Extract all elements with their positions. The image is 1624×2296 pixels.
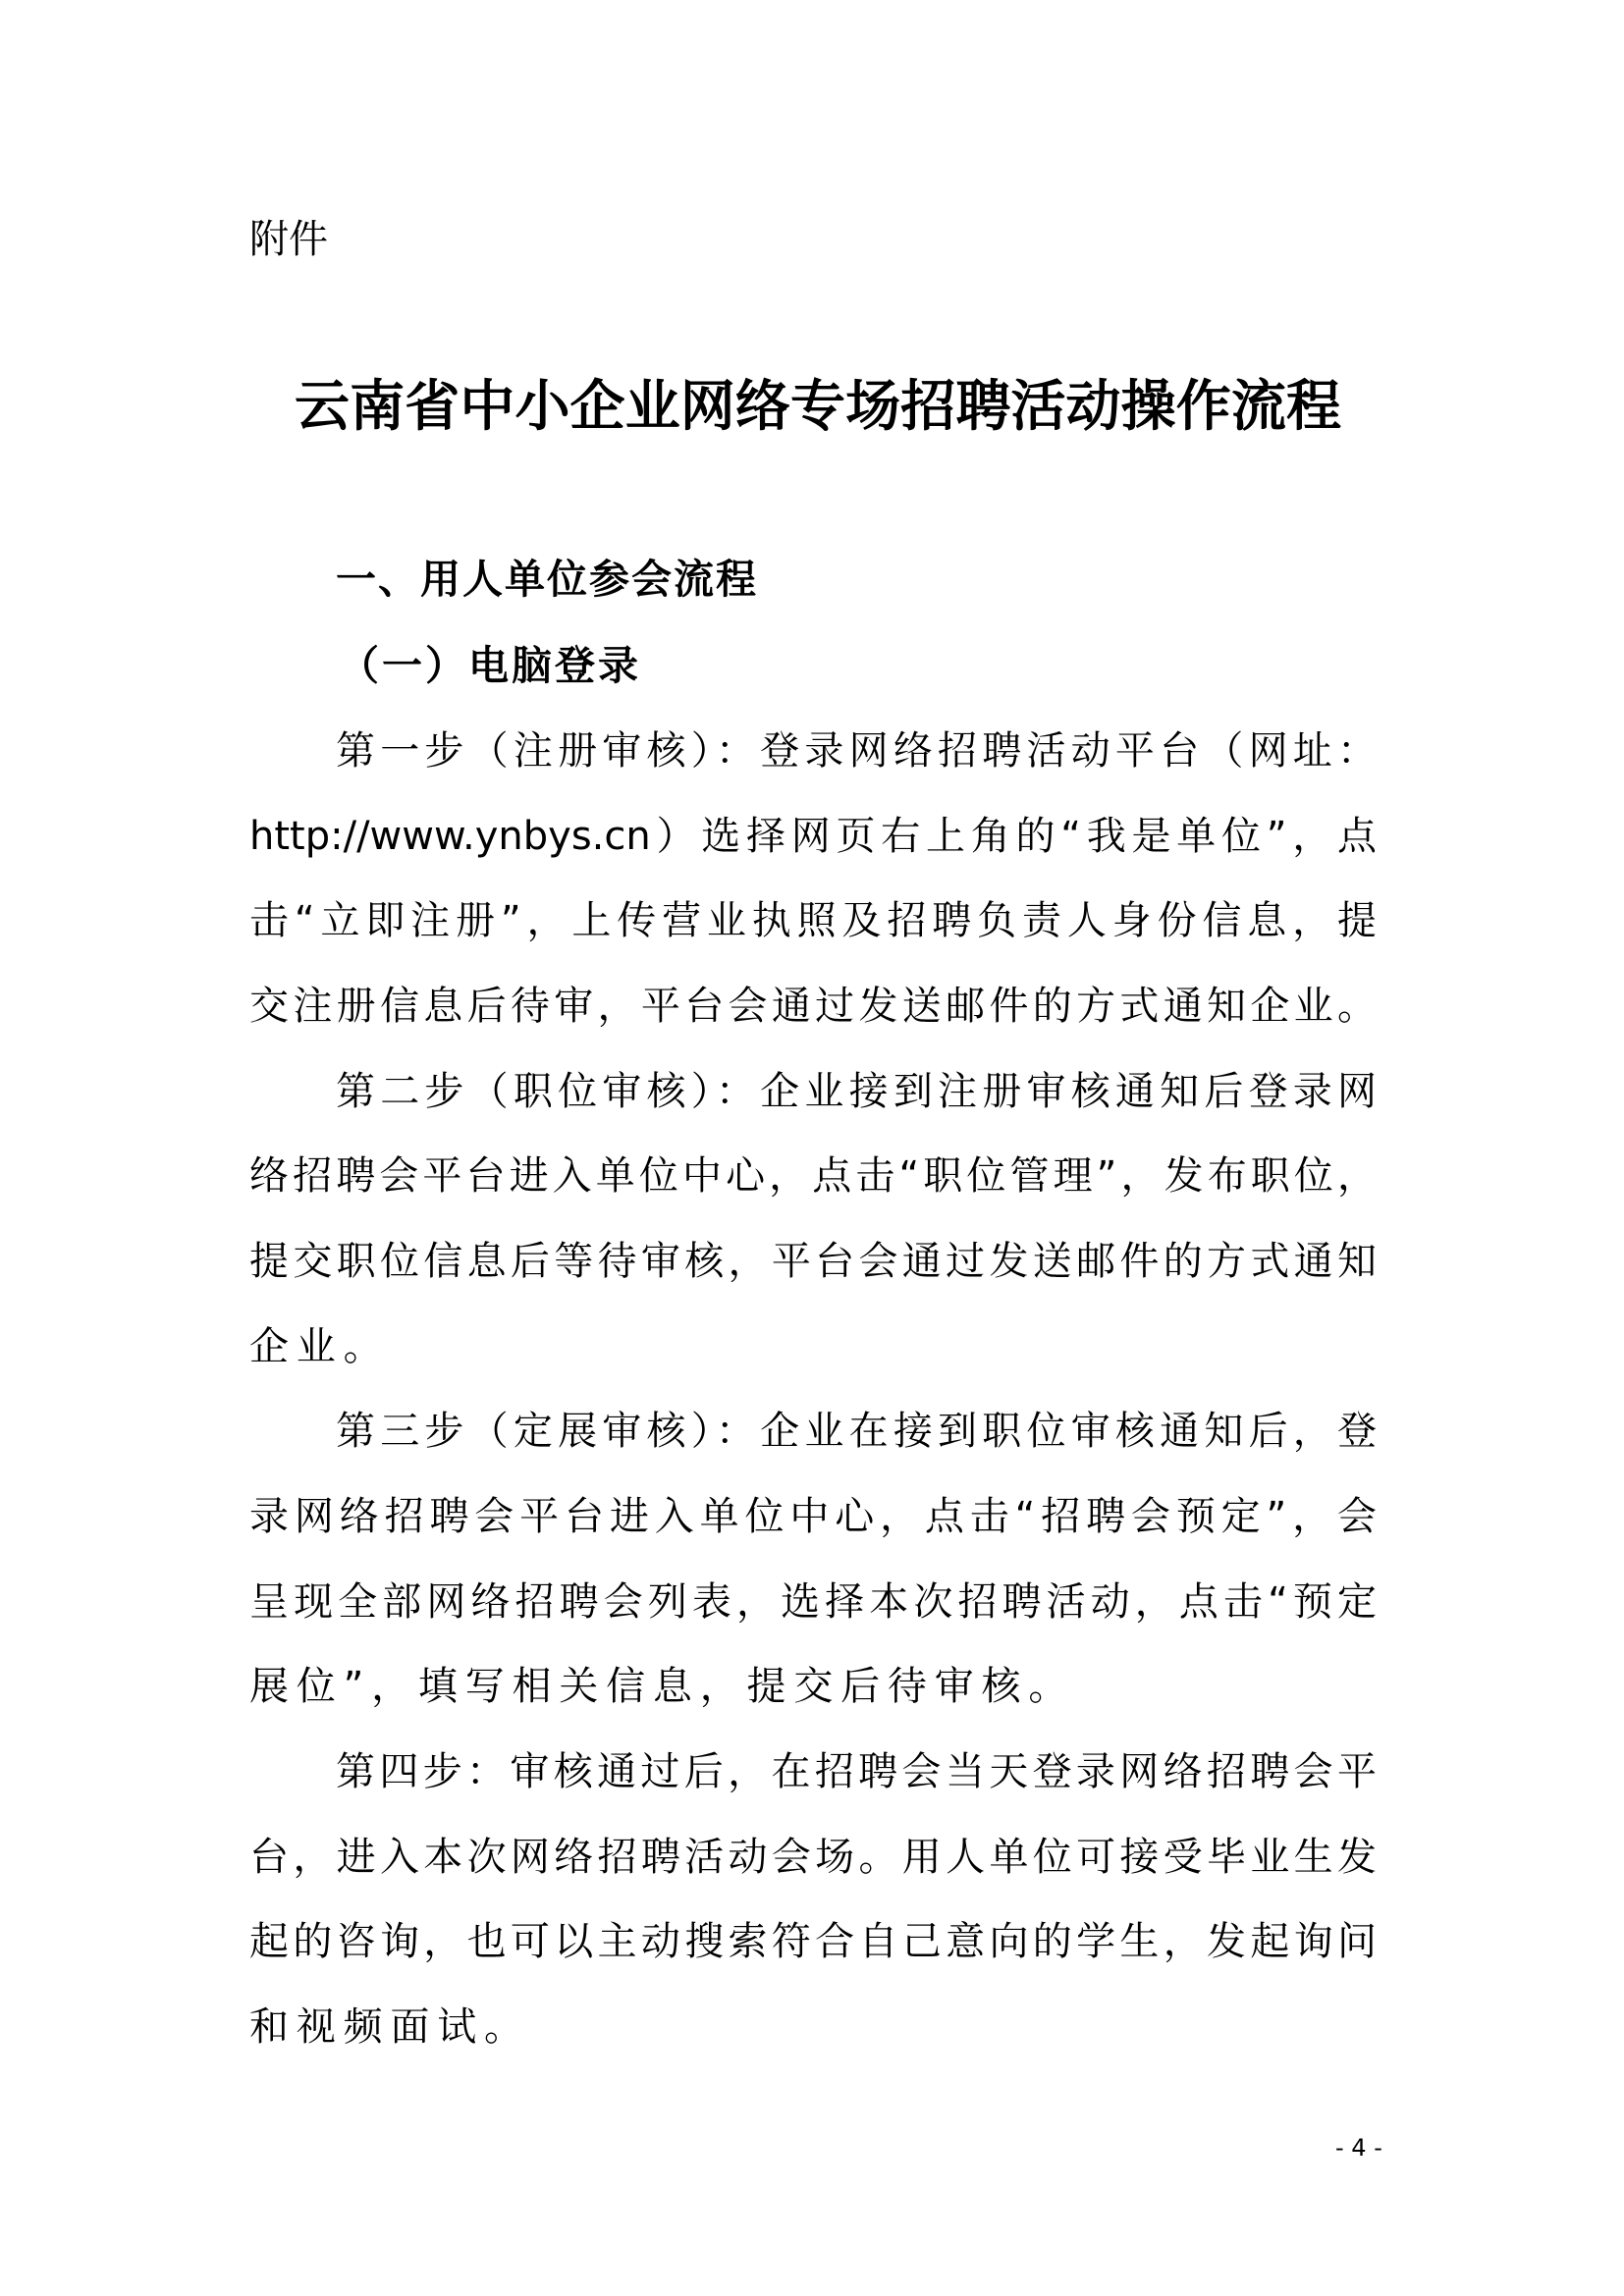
paragraph-line: 和视频面试。 [249,2002,1377,2052]
attachment-label: 附件 [249,216,328,263]
paragraph-line: 录网络招聘会平台进入单位中心，点击“招聘会预定”，会 [249,1492,1377,1541]
document-page: 附件 云南省中小企业网络专场招聘活动操作流程 一、用人单位参会流程 （一）电脑登… [0,0,1624,2296]
paragraph-line: http://www.ynbys.cn）选择网页右上角的“我是单位”，点 [249,812,1377,861]
paragraph-line: 提交职位信息后等待审核，平台会通过发送邮件的方式通知 [249,1237,1377,1286]
paragraph-line: 展位”，填写相关信息，提交后待审核。 [249,1662,1377,1711]
document-title: 云南省中小企业网络专场招聘活动操作流程 [295,375,1341,438]
paragraph-line: 络招聘会平台进入单位中心，点击“职位管理”，发布职位， [249,1151,1377,1201]
paragraph-line: 击“立即注册”，上传营业执照及招聘负责人身份信息，提 [249,896,1377,945]
paragraph-line: 第一步（注册审核）：登录网络招聘活动平台（网址： [336,726,1377,775]
paragraph-line: 起的咨询，也可以主动搜索符合自己意向的学生，发起询问 [249,1917,1377,1966]
section-heading: 一、用人单位参会流程 [336,556,758,603]
subsection-heading: （一）电脑登录 [339,642,641,689]
paragraph-line: 第三步（定展审核）：企业在接到职位审核通知后，登 [336,1407,1377,1456]
paragraph-line: 呈现全部网络招聘会列表，选择本次招聘活动，点击“预定 [249,1577,1377,1627]
paragraph-line: 企业。 [249,1322,1377,1371]
paragraph-line: 台，进入本次网络招聘活动会场。用人单位可接受毕业生发 [249,1833,1377,1882]
paragraph-line: 第二步（职位审核）：企业接到注册审核通知后登录网 [336,1067,1377,1116]
page-number: - 4 - [1335,2134,1382,2162]
paragraph-line: 第四步：审核通过后，在招聘会当天登录网络招聘会平 [336,1747,1377,1796]
paragraph-line: 交注册信息后待审，平台会通过发送邮件的方式通知企业。 [249,982,1377,1031]
